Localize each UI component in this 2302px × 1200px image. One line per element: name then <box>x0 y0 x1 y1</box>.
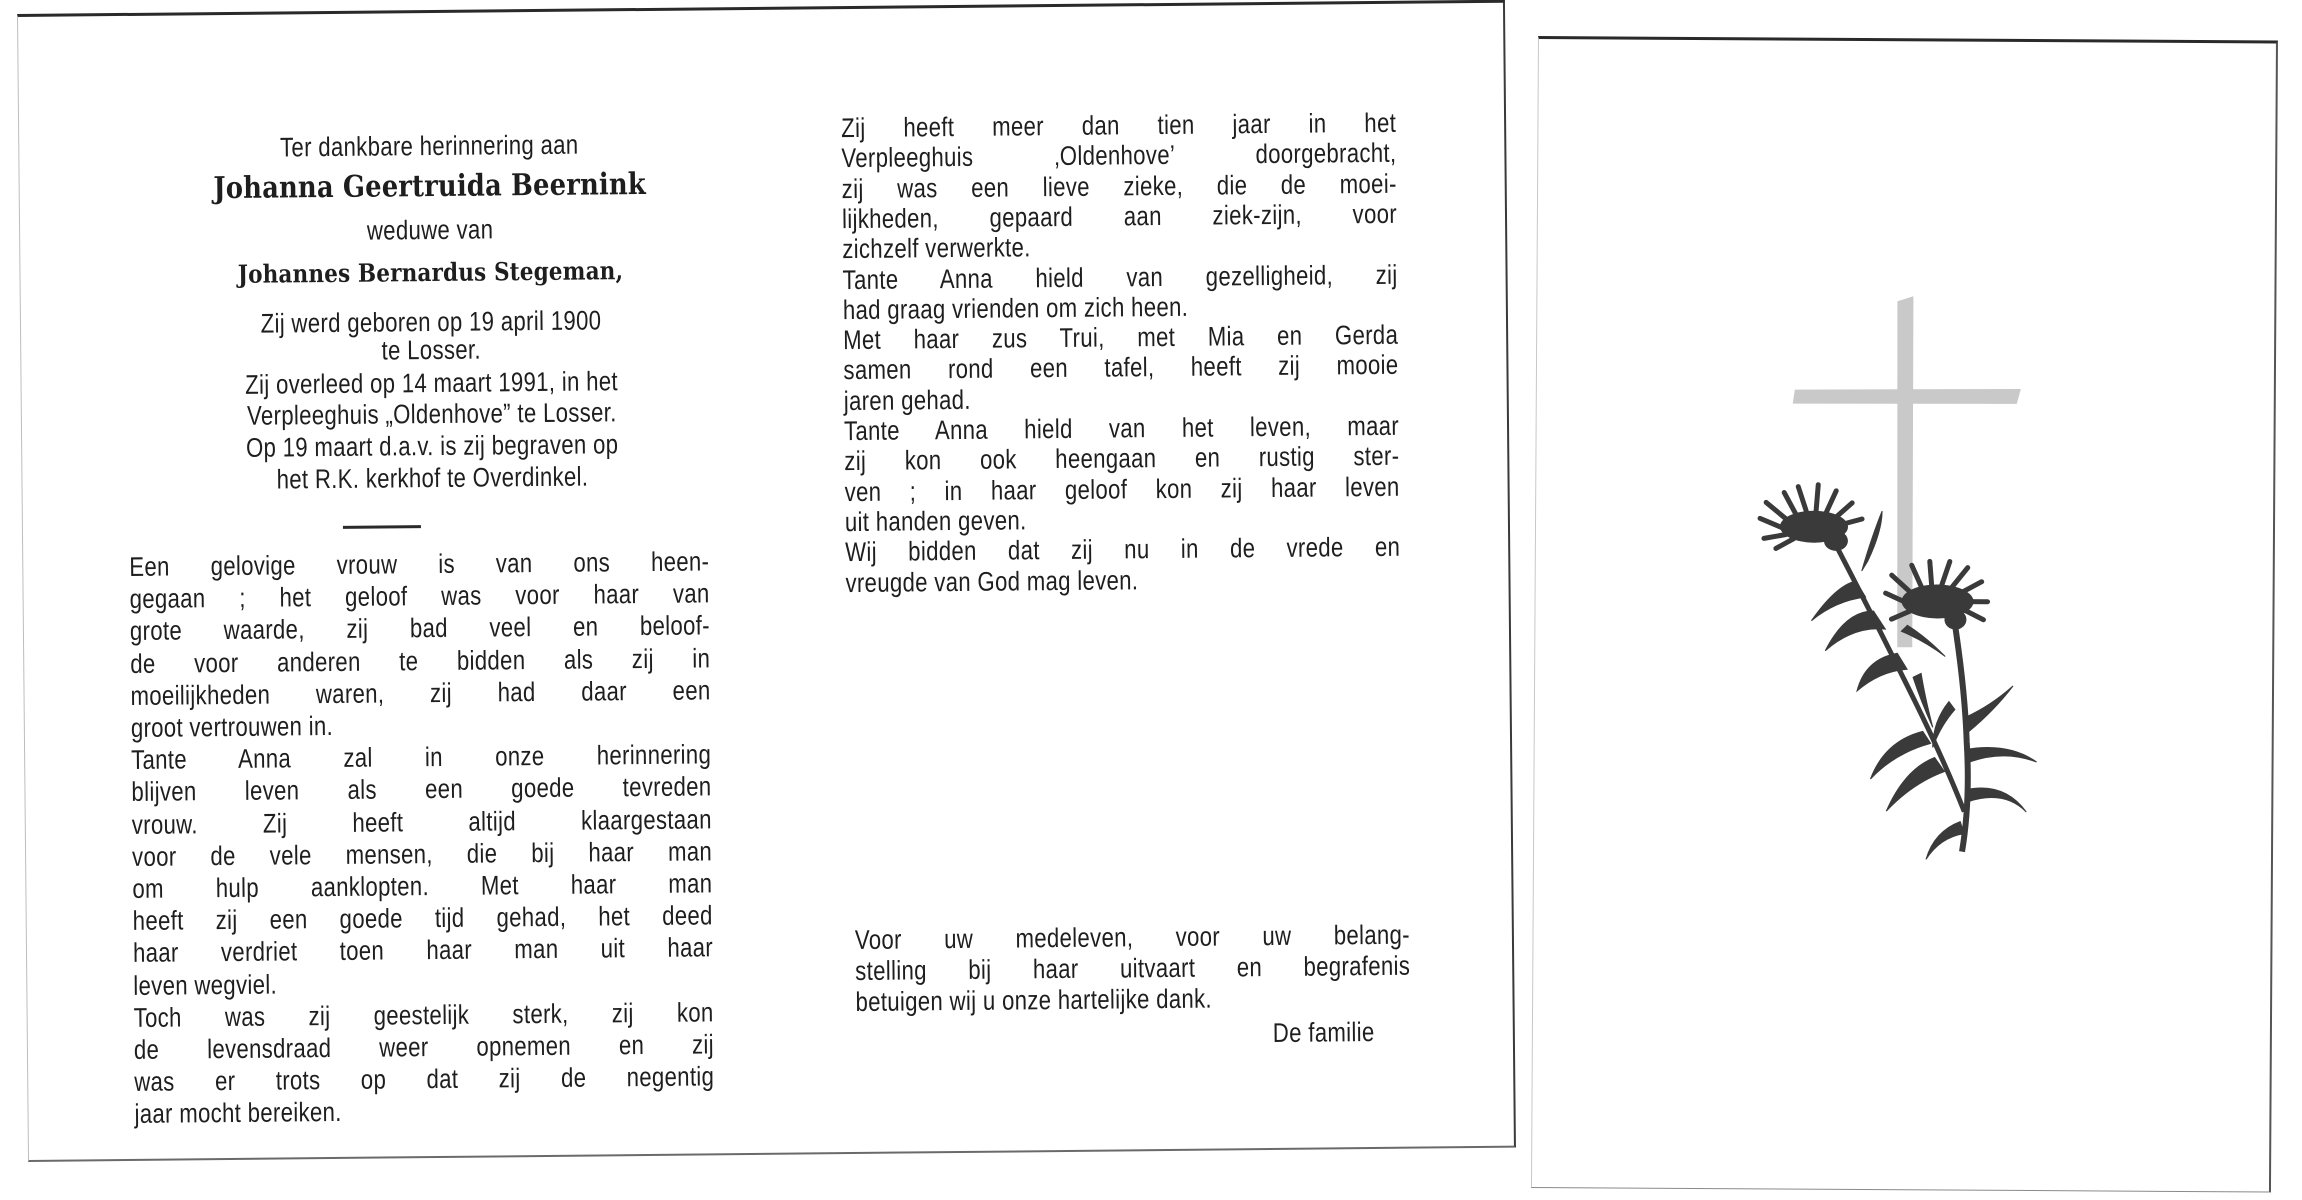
memorial-card-inside: Ter dankbare herinnering aan Johanna Gee… <box>17 0 1516 1162</box>
text-line: Een gelovige vrouw is van ons heen- <box>129 546 709 583</box>
thanks-text: Voor uw medeleven, voor uw belang-stelli… <box>855 920 1410 925</box>
text-line: was er trots op dat zij de negentig <box>134 1062 714 1099</box>
text-line: Toch was zij geestelijk sterk, zij kon <box>133 997 713 1034</box>
left-body-text: Een gelovige vrouw is van ons heen-gegaa… <box>129 546 709 552</box>
text-line: voor de vele mensen, die bij haar man <box>132 836 712 873</box>
life-line: Zij overleed op 14 maart 1991, in het <box>185 366 677 402</box>
right-body-text: Zij heeft meer dan tien jaar in hetVerpl… <box>841 108 1396 113</box>
life-line: het R.K. kerkhof te Overdinkel. <box>186 461 678 497</box>
text-line: heeft zij een goede tijd gehad, het deed <box>133 901 713 938</box>
text-line: betuigen wij u onze hartelijke dank. <box>855 982 1410 1018</box>
text-line: om hulp aanklopten. Met haar man <box>132 868 712 905</box>
memorial-card-front <box>1531 36 2278 1192</box>
text-line: de voor anderen te bidden als zij in <box>130 643 710 680</box>
deceased-name: Johanna Geertruida Beernink <box>172 169 688 205</box>
text-line: Tante Anna zal in onze herinnering <box>131 740 711 777</box>
signature: De familie <box>1273 1017 1375 1049</box>
text-line: jaar mocht bereiken. <box>134 1094 714 1131</box>
cross-flower-illustration <box>1532 39 2279 1195</box>
text-line: de levensdraad weer opnemen en zij <box>134 1029 714 1066</box>
text-line: vreugde van God mag leven. <box>845 562 1400 598</box>
text-line: moeilijkheden waren, zij had daar een <box>130 675 710 712</box>
intro-text: Ter dankbare herinnering aan <box>183 129 675 165</box>
header-block: Ter dankbare herinnering aan Johanna Gee… <box>128 10 728 16</box>
text-line: gegaan ; het geloof was voor haar van <box>129 579 709 616</box>
spouse-name: Johannes Bernardus Stegeman, <box>172 255 688 291</box>
life-line: te Losser. <box>185 333 677 369</box>
separator-rule <box>343 525 421 529</box>
life-line: Verpleeghuis „Oldenhove” te Losser. <box>186 397 678 433</box>
text-line: blijven leven als een goede tevreden <box>131 772 711 809</box>
text-line: vrouw. Zij heeft altijd klaargestaan <box>132 804 712 841</box>
text-line: grote waarde, zij bad veel en beloof- <box>130 611 710 648</box>
life-line: Op 19 maart d.a.v. is zij begraven op <box>186 429 678 465</box>
relation-text: weduwe van <box>184 213 676 249</box>
text-line: haar verdriet toen haar man uit haar <box>133 933 713 970</box>
text-line: groot vertrouwen in. <box>131 707 711 744</box>
text-line: leven wegviel. <box>133 965 713 1002</box>
